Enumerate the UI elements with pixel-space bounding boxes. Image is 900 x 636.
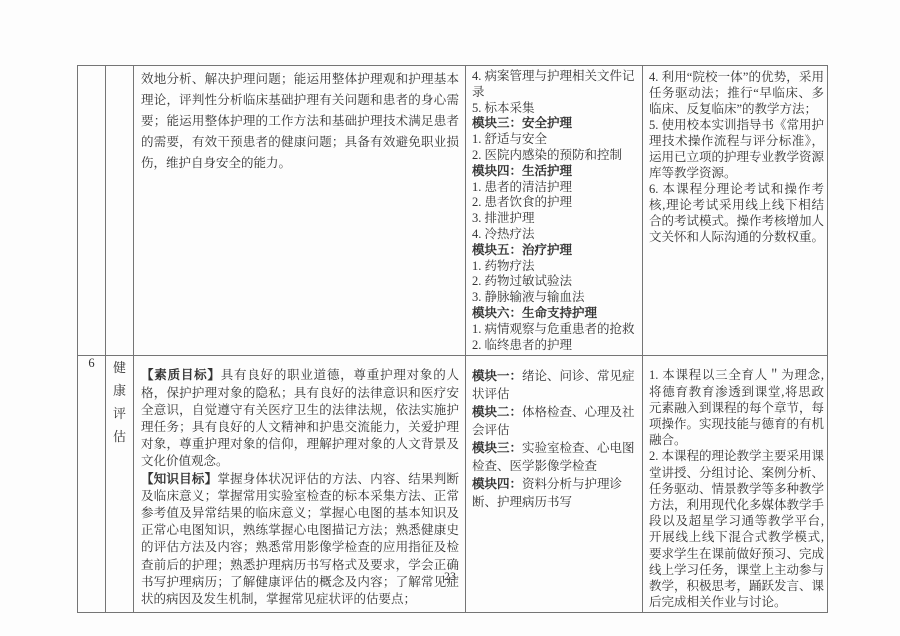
module-label: 模块四：	[472, 477, 522, 491]
methods-cell: 4. 利用“院校一体”的优势，采用任务驱动法；推行“早临床、多临床、反复临床”的…	[643, 66, 828, 356]
modules-cell: 4. 病案管理与护理相关文件记录 5. 标本采集 模块三：安全护理 1. 舒适与…	[466, 66, 643, 356]
module-item: 4. 冷热疗法	[472, 227, 639, 243]
objective-paragraph: 【知识目标】掌握身体状况评估的方法、内容、结果判断及临床意义；掌握常用实验室检查…	[141, 471, 459, 609]
module-item: 模块一：绪论、问诊、常见症状评估	[472, 367, 639, 403]
method-item: 2. 本课程的理论教学主要采用课堂讲授、分组讨论、案例分析、任务驱动、情景教学等…	[649, 448, 824, 610]
module-item: 2. 药物过敏试验法	[472, 274, 639, 290]
course-number: 6	[88, 356, 94, 370]
objectives-cell: 效地分析、解决护理问题；能运用整体护理观和护理基本理论，评判性分析临床基础护理有…	[134, 66, 466, 356]
module-label: 模块三：	[472, 441, 522, 455]
module-item: 模块二：体格检查、心理及社会评估	[472, 403, 639, 439]
module-item: 1. 药物疗法	[472, 259, 639, 275]
module-item: 3. 静脉输液与输血法	[472, 290, 639, 306]
document-page: 效地分析、解决护理问题；能运用整体护理观和护理基本理论，评判性分析临床基础护理有…	[0, 0, 900, 636]
module-item: 1. 病情观察与危重患者的抢救	[472, 322, 639, 338]
module-item: 1. 舒适与安全	[472, 132, 639, 148]
method-item: 5. 使用校本实训指导书《常用护理技术操作流程与评分标准》，运用已立项的护理专业…	[649, 117, 824, 181]
objectives-continued-text: 效地分析、解决护理问题；能运用整体护理观和护理基本理论，评判性分析临床基础护理有…	[141, 69, 459, 174]
module-header: 模块三：安全护理	[472, 116, 639, 132]
module-item: 5. 标本采集	[472, 101, 639, 117]
module-item: 2. 临终患者的护理	[472, 338, 639, 354]
table-row: 效地分析、解决护理问题；能运用整体护理观和护理基本理论，评判性分析临床基础护理有…	[78, 66, 828, 356]
module-item: 2. 患者饮食的护理	[472, 195, 639, 211]
course-name-vertical: 健康评估	[112, 356, 127, 448]
module-item: 2. 医院内感染的预防和控制	[472, 148, 639, 164]
module-item: 1. 患者的清洁护理	[472, 180, 639, 196]
objective-text: 掌握身体状况评估的方法、内容、结果判断及临床意义；掌握常用实验室检查的标本采集方…	[141, 472, 459, 606]
module-item: 模块四：资料分析与护理诊断、护理病历书写	[472, 475, 639, 511]
objective-paragraph: 【素质目标】具有良好的职业道德，尊重护理对象的人格，保护护理对象的隐私；具有良好…	[141, 367, 459, 470]
curriculum-table: 效地分析、解决护理问题；能运用整体护理观和护理基本理论，评判性分析临床基础护理有…	[77, 65, 828, 613]
module-header: 模块六：生命支持护理	[472, 306, 639, 322]
method-item: 4. 利用“院校一体”的优势，采用任务驱动法；推行“早临床、多临床、反复临床”的…	[649, 69, 824, 117]
module-header: 模块四：生活护理	[472, 164, 639, 180]
course-number-cell-empty	[78, 66, 106, 356]
course-name-cell-empty	[106, 66, 134, 356]
objective-label: 【知识目标】	[141, 472, 217, 486]
method-item: 6. 本课程分理论考试和操作考核,理论考试采用线上线下相结合的考试模式。操作考核…	[649, 181, 824, 245]
module-item: 3. 排泄护理	[472, 211, 639, 227]
module-label: 模块二：	[472, 405, 522, 419]
method-item: 1. 本课程以三全育人＂为理念,将德育教育渗透到课堂,将思政元素融入到课程的每个…	[649, 367, 824, 448]
page-number: 23	[0, 569, 900, 584]
objective-text: 具有良好的职业道德，尊重护理对象的人格，保护护理对象的隐私；具有良好的法律意识和…	[141, 368, 459, 468]
module-header: 模块五：治疗护理	[472, 243, 639, 259]
module-item: 4. 病案管理与护理相关文件记录	[472, 69, 639, 101]
objective-label: 【素质目标】	[141, 368, 221, 382]
module-item: 模块三：实验室检查、心电图检查、医学影像学检查	[472, 439, 639, 475]
module-label: 模块一：	[472, 369, 522, 383]
